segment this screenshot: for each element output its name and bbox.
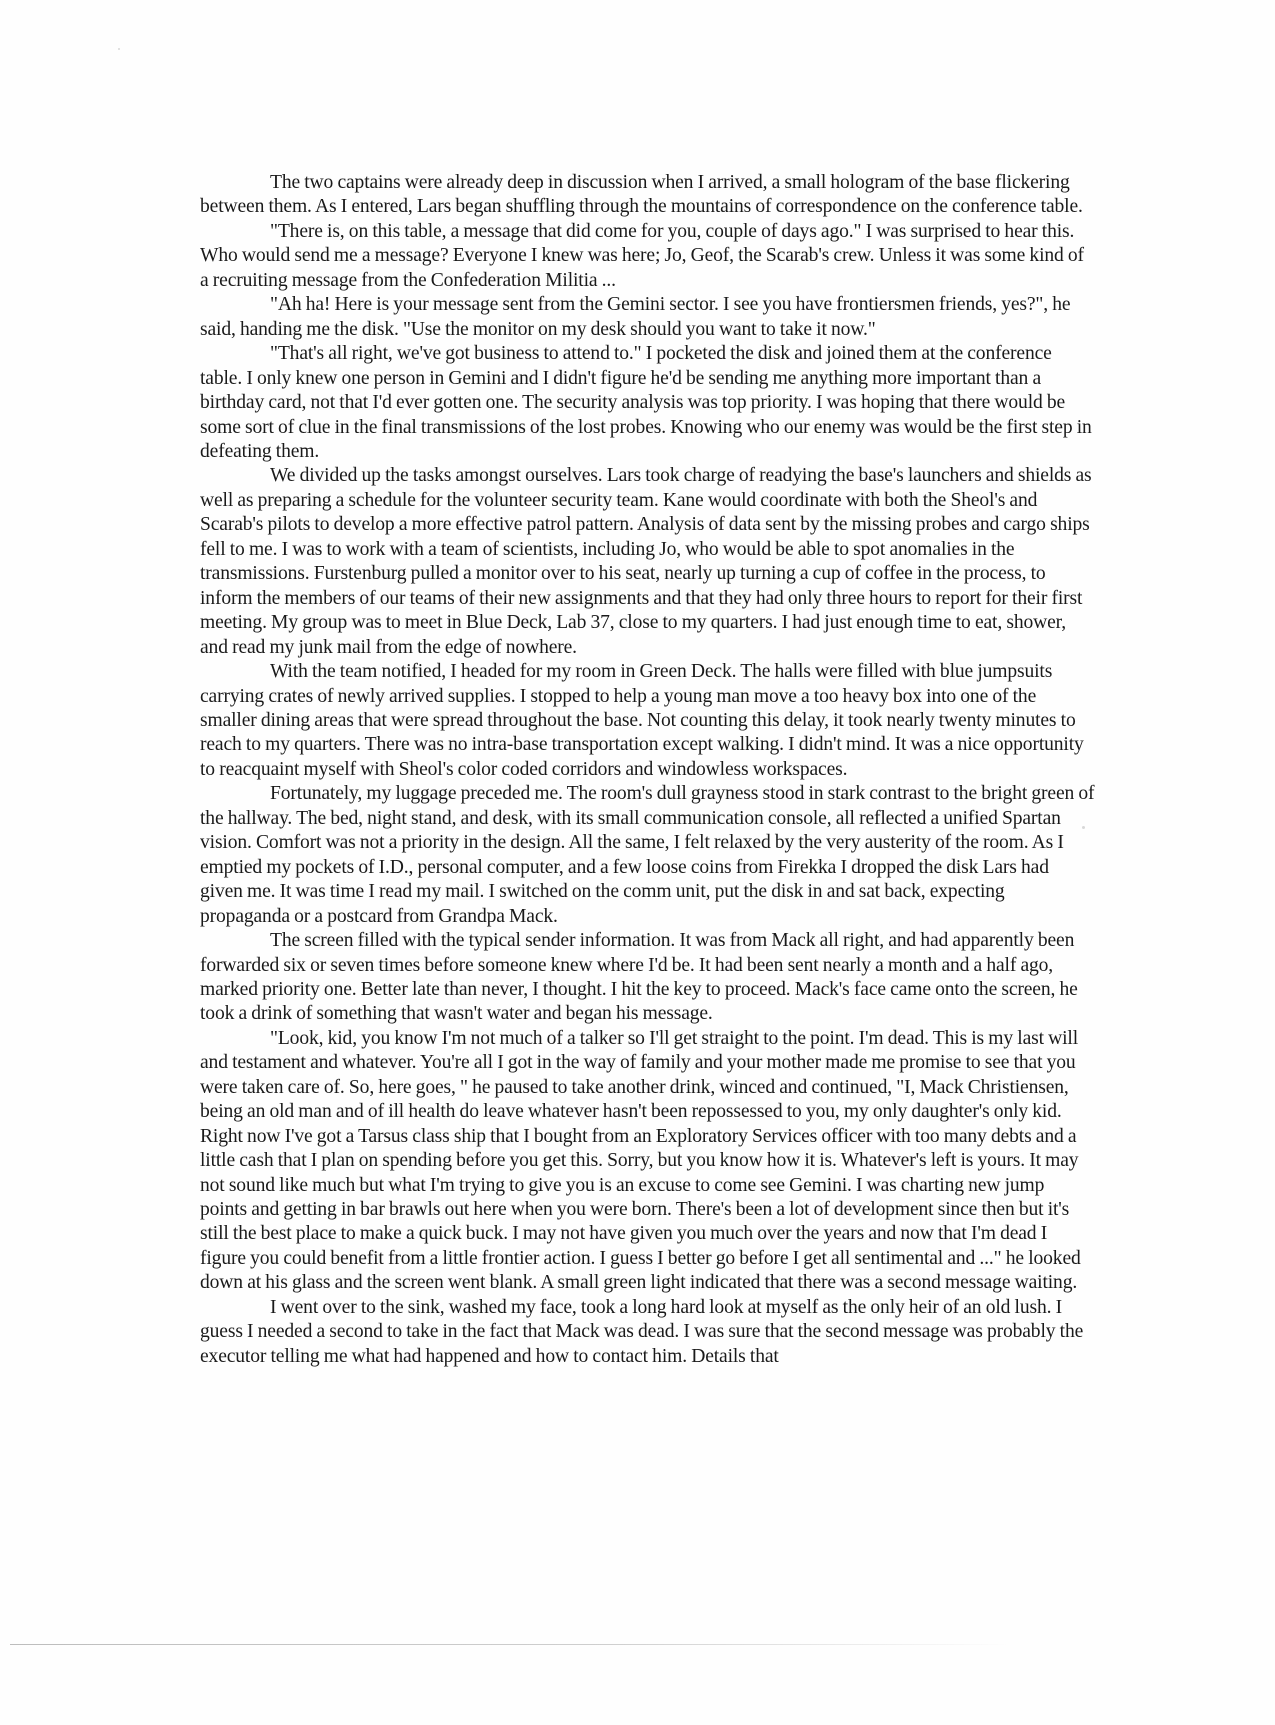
paragraph: We divided up the tasks amongst ourselve…	[200, 464, 1095, 660]
scanned-page: The two captains were already deep in di…	[0, 0, 1275, 1725]
paragraph: "Look, kid, you know I'm not much of a t…	[200, 1027, 1095, 1296]
paragraph: The two captains were already deep in di…	[200, 171, 1095, 220]
paragraph: "That's all right, we've got business to…	[200, 342, 1095, 464]
paragraph: Fortunately, my luggage preceded me. The…	[200, 782, 1095, 929]
paragraph: With the team notified, I headed for my …	[200, 660, 1095, 782]
scan-speck	[1082, 826, 1085, 829]
paragraph: "Ah ha! Here is your message sent from t…	[200, 293, 1095, 342]
paragraph: The screen filled with the typical sende…	[200, 929, 1095, 1027]
scan-edge-line	[10, 1644, 1010, 1645]
scan-speck	[118, 48, 120, 50]
document-body: The two captains were already deep in di…	[200, 171, 1095, 1369]
paragraph: "There is, on this table, a message that…	[200, 220, 1095, 293]
paragraph: I went over to the sink, washed my face,…	[200, 1296, 1095, 1369]
